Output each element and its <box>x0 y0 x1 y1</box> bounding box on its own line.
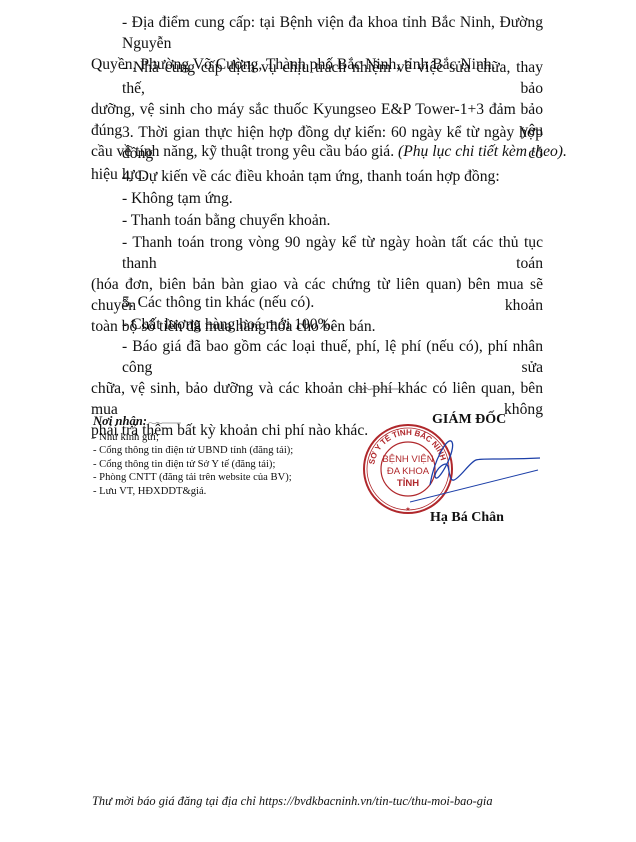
recipient-item: - Phòng CNTT (đăng tải trên website của … <box>93 471 293 485</box>
footer-note: Thư mời báo giá đăng tại địa chỉ https:/… <box>92 794 493 809</box>
initial-signature-icon <box>352 383 402 395</box>
document-page: - Địa điểm cung cấp: tại Bệnh viện đa kh… <box>0 0 636 842</box>
signatory-name: Hạ Bá Chân <box>430 510 504 526</box>
text-line: - Chất lượng hàng hoá mới 100%. <box>91 314 543 335</box>
text-line: - Địa điểm cung cấp: tại Bệnh viện đa kh… <box>91 12 543 54</box>
section-heading: 4. Dự kiến về các điều khoản tạm ứng, th… <box>91 166 543 187</box>
text-line: - Thanh toán bằng chuyển khoản. <box>91 210 543 231</box>
section-heading: 5. Các thông tin khác (nếu có). <box>91 292 543 313</box>
recipient-item: - Cổng thông tin điện tử Sở Y tế (đăng t… <box>93 458 293 472</box>
recipients-block: Nơi nhận: - Như kính gửi; - Cổng thông t… <box>93 415 293 499</box>
text-line: - Không tạm ứng. <box>91 188 543 209</box>
text-line: - Báo giá đã bao gồm các loại thuế, phí,… <box>91 336 543 378</box>
initial-signature-icon <box>147 419 183 427</box>
recipients-title: Nơi nhận: <box>93 415 147 429</box>
recipient-item: - Cổng thông tin điện tử UBND tỉnh (đăng… <box>93 444 293 458</box>
text-line: 3. Thời gian thực hiện hợp đồng dự kiến:… <box>91 122 543 164</box>
recipient-item: - Lưu VT, HĐXDDT&giá. <box>93 485 293 499</box>
text-line: - Thanh toán trong vòng 90 ngày kể từ ng… <box>91 232 543 274</box>
text-line: - Nhà cung cấp dịch vụ chịu trách nhiệm … <box>91 57 543 99</box>
handwritten-signature-icon <box>410 430 550 510</box>
recipient-item: - Như kính gửi; <box>93 431 293 445</box>
